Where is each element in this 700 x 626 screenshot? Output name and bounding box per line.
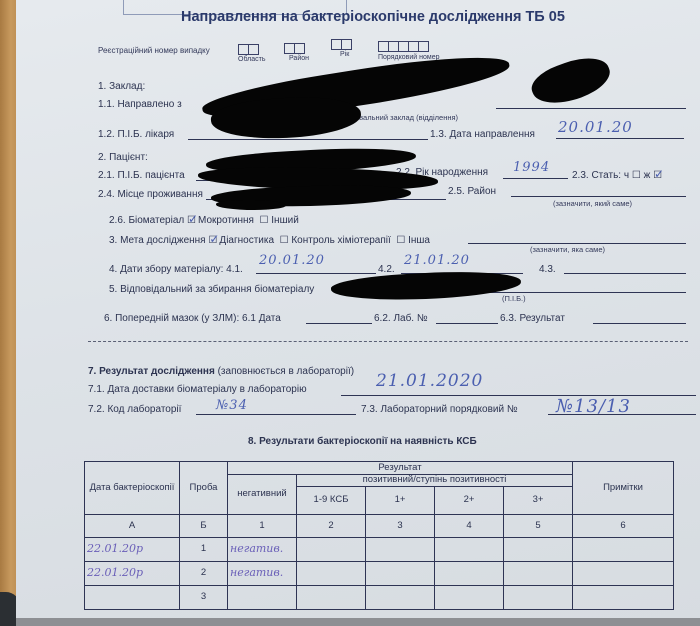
- row-sample: 3: [180, 586, 228, 610]
- redaction-mark: [527, 49, 615, 112]
- biomaterial-sputum: Мокротиння: [198, 215, 254, 226]
- sequence-number-cells[interactable]: [378, 41, 428, 52]
- referred-from-caption: лікувальний заклад (відділення): [346, 113, 458, 122]
- page-bottom-edge: [16, 618, 700, 626]
- lab-result-heading-bold: 7. Результат дослідження: [88, 366, 215, 377]
- sex-label: 2.3. Стать: ч ☐ ж ☐✓: [572, 167, 664, 181]
- checkbox-diagnostics-checked[interactable]: ☐✓: [208, 235, 219, 246]
- referral-date-underline: [556, 138, 684, 139]
- row-3plus[interactable]: [504, 562, 573, 586]
- row-ksb[interactable]: [297, 562, 366, 586]
- collection-date-3-field[interactable]: [564, 273, 686, 274]
- row-ksb[interactable]: [297, 538, 366, 562]
- registration-number-label: Реєстраційний номер випадку: [98, 46, 210, 55]
- checkbox-sputum-checked[interactable]: ☐✓: [187, 215, 198, 226]
- row-notes[interactable]: [573, 562, 674, 586]
- collection-dates-label: 4. Дати збору матеріалу: 4.1.: [109, 264, 243, 275]
- row-date[interactable]: [85, 586, 180, 610]
- referral-form-sheet: Направлення на бактеріоскопічне дослідже…: [16, 0, 700, 626]
- row-date[interactable]: 22.01.20р: [85, 538, 180, 562]
- purpose-diagnostics: Діагностика: [219, 235, 274, 246]
- lab-code-underline: [196, 414, 356, 415]
- lab-result-heading: 7. Результат дослідження (заповнюється в…: [88, 366, 354, 377]
- delivery-date-value[interactable]: 21.01.2020: [376, 371, 483, 391]
- lab-code-label: 7.2. Код лабораторії: [88, 404, 181, 415]
- row-ksb[interactable]: [297, 586, 366, 610]
- biomaterial-row: 2.6. Біоматеріал ☐✓Мокротиння ☐ Інший: [109, 212, 299, 226]
- form-title: Направлення на бактеріоскопічне дослідже…: [181, 9, 565, 25]
- biomaterial-other: Інший: [271, 215, 299, 226]
- row-3plus[interactable]: [504, 538, 573, 562]
- column-code: А: [85, 515, 180, 538]
- birth-year-underline: [503, 178, 568, 179]
- section-2-label: 2. Пацієнт:: [98, 152, 148, 163]
- doctor-name-label: 1.2. П.І.Б. лікаря: [98, 129, 174, 140]
- collection-date-2-label: 4.2.: [378, 264, 395, 275]
- table-row: 22.01.20р 1 негатив.: [85, 538, 674, 562]
- microscopy-results-heading: 8. Результати бактеріоскопії на наявніст…: [248, 436, 477, 447]
- row-negative[interactable]: [228, 586, 297, 610]
- lab-result-heading-note: (заповнюється в лабораторії): [218, 366, 354, 377]
- purpose-other: Інша: [408, 235, 430, 246]
- lab-sequence-underline: [548, 414, 696, 415]
- collection-date-1-value[interactable]: 20.01.20: [259, 253, 325, 268]
- header-sample: Проба: [180, 462, 228, 515]
- row-2plus[interactable]: [435, 562, 504, 586]
- row-2plus[interactable]: [435, 586, 504, 610]
- sex-option-male: ч: [624, 170, 629, 181]
- previous-smear-date-field[interactable]: [306, 323, 372, 324]
- header-negative: негативний: [228, 475, 297, 515]
- column-code: 1: [228, 515, 297, 538]
- purpose-other-field[interactable]: [468, 243, 686, 244]
- row-1plus[interactable]: [366, 562, 435, 586]
- checkbox-other-purpose[interactable]: ☐: [394, 235, 406, 246]
- row-negative[interactable]: негатив.: [228, 562, 297, 586]
- sex-option-female: ж: [644, 170, 651, 181]
- column-code: 6: [573, 515, 674, 538]
- row-sample: 1: [180, 538, 228, 562]
- previous-result-label: 6.3. Результат: [500, 313, 565, 324]
- purpose-caption: (зазначити, яка саме): [530, 245, 605, 254]
- collection-date-3-label: 4.3.: [539, 264, 556, 275]
- column-code: 5: [504, 515, 573, 538]
- doctor-name-field[interactable]: [188, 139, 428, 140]
- row-2plus[interactable]: [435, 538, 504, 562]
- district-cells[interactable]: [284, 43, 304, 54]
- district-caption: Район: [289, 55, 309, 62]
- redaction-mark: [216, 200, 286, 210]
- lab-number-field[interactable]: [436, 323, 498, 324]
- referral-date-label: 1.3. Дата направлення: [430, 129, 535, 140]
- row-3plus[interactable]: [504, 586, 573, 610]
- header-result: Результат: [228, 462, 573, 475]
- purpose-label: 3. Мета дослідження: [109, 235, 206, 246]
- lab-code-value[interactable]: №34: [216, 398, 248, 413]
- header-positive: позитивний/ступінь позитивності: [297, 475, 573, 487]
- previous-smear-label: 6. Попередній мазок (у ЗЛМ): 6.1 Дата: [104, 313, 281, 324]
- referred-from-label: 1.1. Направлено з: [98, 99, 182, 110]
- lab-sequence-label: 7.3. Лабораторний порядковий №: [361, 404, 518, 415]
- delivery-date-underline: [341, 395, 696, 396]
- biomaterial-label: 2.6. Біоматеріал: [109, 215, 184, 226]
- purpose-chemo-control: Контроль хіміотерапії: [291, 235, 390, 246]
- header-notes: Примітки: [573, 462, 674, 515]
- checkbox-female-checked[interactable]: ☐✓: [653, 170, 664, 181]
- region-cells[interactable]: [238, 44, 258, 55]
- district-caption: (зазначити, який саме): [553, 199, 632, 208]
- row-negative[interactable]: негатив.: [228, 538, 297, 562]
- region-caption: Область: [238, 56, 265, 63]
- previous-result-field[interactable]: [593, 323, 686, 324]
- year-cells[interactable]: [331, 39, 351, 50]
- column-code: Б: [180, 515, 228, 538]
- header-3plus: 3+: [504, 487, 573, 515]
- collection-date-1-underline: [256, 273, 376, 274]
- sex-label-text: 2.3. Стать:: [572, 170, 621, 181]
- row-notes[interactable]: [573, 586, 674, 610]
- checkbox-male[interactable]: ☐: [632, 170, 641, 181]
- referral-date-value[interactable]: 20.01.20: [558, 118, 633, 136]
- purpose-row: 3. Мета дослідження ☐✓Діагностика ☐ Конт…: [109, 232, 430, 246]
- header-1plus: 1+: [366, 487, 435, 515]
- patient-name-label: 2.1. П.І.Б. пацієнта: [98, 170, 185, 181]
- column-code-row: А Б 1 2 3 4 5 6: [85, 515, 674, 538]
- checkbox-chemo-control[interactable]: ☐: [277, 235, 289, 246]
- column-code: 4: [435, 515, 504, 538]
- row-notes[interactable]: [573, 538, 674, 562]
- checkbox-other-biomaterial[interactable]: ☐: [257, 215, 269, 226]
- section-1-label: 1. Заклад:: [98, 81, 145, 92]
- district-field[interactable]: [511, 196, 686, 197]
- section-divider: [88, 341, 688, 342]
- column-code: 2: [297, 515, 366, 538]
- header-ksb: 1-9 КСБ: [297, 487, 366, 515]
- microscopy-results-table: Дата бактеріоскопії Проба Результат Прим…: [84, 461, 674, 610]
- table-row: 3: [85, 586, 674, 610]
- collection-date-2-value[interactable]: 21.01.20: [404, 253, 470, 268]
- column-code: 3: [366, 515, 435, 538]
- responsible-person-label: 5. Відповідальний за збирання біоматеріа…: [109, 284, 314, 295]
- year-caption: Рік: [340, 51, 349, 58]
- table-row: 22.01.20р 2 негатив.: [85, 562, 674, 586]
- delivery-date-label: 7.1. Дата доставки біоматеріалу в лабора…: [88, 384, 307, 395]
- lab-number-label: 6.2. Лаб. №: [374, 313, 428, 324]
- header-2plus: 2+: [435, 487, 504, 515]
- birth-year-value[interactable]: 1994: [513, 160, 550, 175]
- header-date: Дата бактеріоскопії: [85, 462, 180, 515]
- referred-from-field[interactable]: [496, 108, 686, 109]
- row-1plus[interactable]: [366, 586, 435, 610]
- row-date[interactable]: 22.01.20р: [85, 562, 180, 586]
- row-sample: 2: [180, 562, 228, 586]
- district-label: 2.5. Район: [448, 186, 496, 197]
- responsible-person-caption: (П.І.Б.): [502, 294, 526, 303]
- residence-label: 2.4. Місце проживання: [98, 189, 203, 200]
- row-1plus[interactable]: [366, 538, 435, 562]
